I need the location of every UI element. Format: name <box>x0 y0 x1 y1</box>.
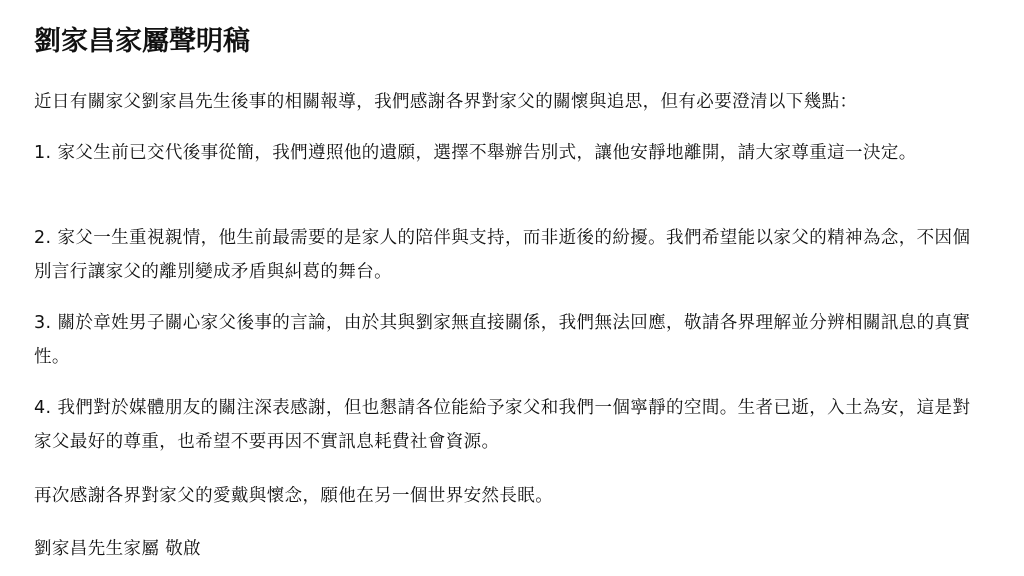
intro-paragraph: 近日有關家父劉家昌先生後事的相關報導，我們感謝各界對家父的關懷與追思，但有必要澄… <box>34 85 984 119</box>
statement-document: 劉家昌家屬聲明稿 近日有關家父劉家昌先生後事的相關報導，我們感謝各界對家父的關懷… <box>0 0 1024 576</box>
point-3-paragraph: 3. 關於章姓男子關心家父後事的言論，由於其與劉家無直接關係，我們無法回應，敬請… <box>34 306 984 374</box>
document-title: 劉家昌家屬聲明稿 <box>34 22 250 62</box>
point-4-paragraph: 4. 我們對於媒體朋友的關注深表感謝，但也懇請各位能給予家父和我們一個寧靜的空間… <box>34 391 984 459</box>
closing-paragraph: 再次感謝各界對家父的愛戴與懷念，願他在另一個世界安然長眠。 <box>34 479 984 513</box>
signature-line: 劉家昌先生家屬 敬啟 <box>34 532 984 566</box>
point-1-paragraph: 1. 家父生前已交代後事從簡，我們遵照他的遺願，選擇不舉辦告別式，讓他安靜地離開… <box>34 136 984 170</box>
point-2-paragraph: 2. 家父一生重視親情，他生前最需要的是家人的陪伴與支持，而非逝後的紛擾。我們希… <box>34 221 984 289</box>
